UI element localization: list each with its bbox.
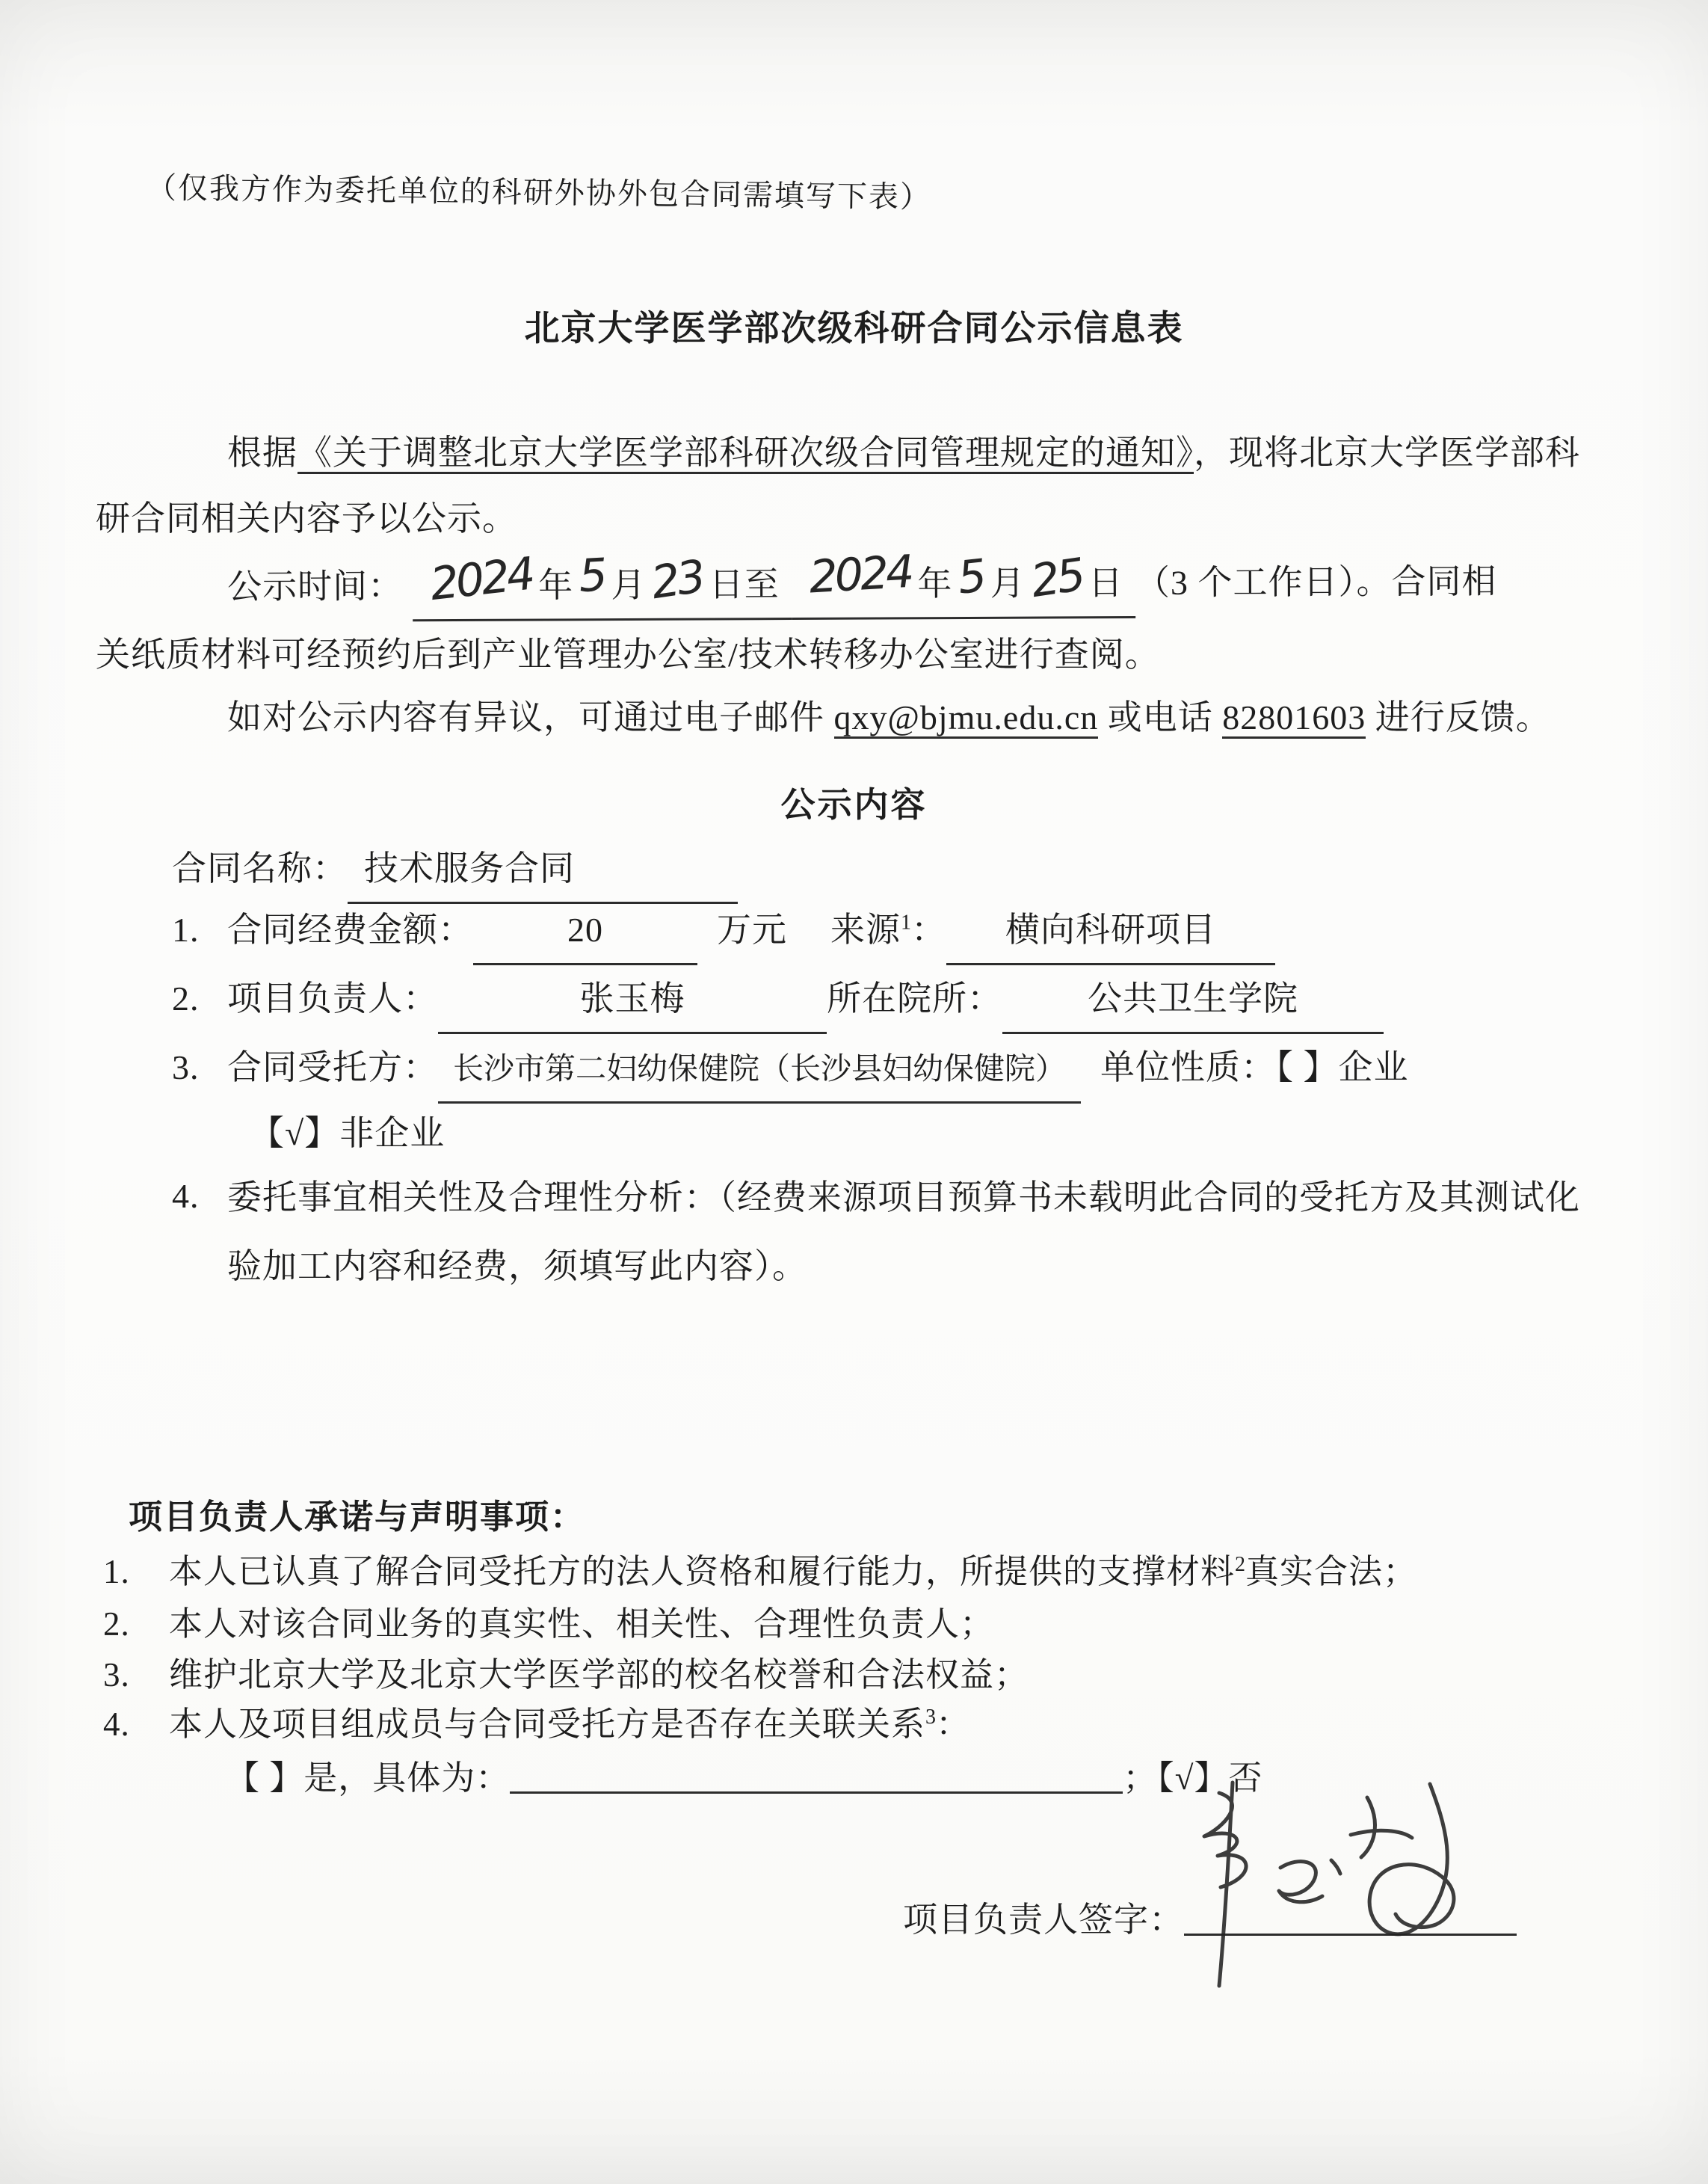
section-heading: 公示内容 [0,778,1708,827]
publicity-line2: 关纸质材料可经预约后到产业管理办公室/技术转移办公室进行查阅。 [96,622,1160,688]
publicity-time-label: 公示时间： [227,567,403,606]
intro-suffix-line2: 研合同相关内容予以公示。 [96,499,517,538]
start-year-unit: 年 [538,566,573,604]
pledge-4-footnote-sup: 3 [925,1705,936,1729]
intro-prefix: 根据 [227,434,297,472]
item-analysis: 4. 委托事宜相关性及合理性分析：（经费来源项目预算书未载明此合同的受托方及其测… [172,1163,1595,1301]
item-pi: 2.项目负责人：张玉梅所在院所：公共卫生学院 [172,966,1384,1034]
feedback-middle: 或电话 [1098,698,1222,736]
pledge-4-pre: 本人及项目组成员与合同受托方是否存在关联关系 [169,1705,925,1743]
nature-label: 单位性质： [1100,1048,1276,1086]
scanned-document-page: （仅我方作为委托单位的科研外协外包合同需填写下表） 北京大学医学部次级科研合同公… [0,0,1708,2184]
start-day-unit: 日至 [709,565,780,603]
non-enterprise-checkbox: 【√】 [250,1114,339,1152]
publicity-end-date-field: 2024年5月25日 [792,550,1136,620]
item-contract-amount: 1.合同经费金额：20万元来源1：横向科研项目 [172,897,1275,965]
pledge-4-post: ： [936,1705,970,1743]
signature-label: 项目负责人签字： [903,1901,1184,1939]
relation-detail-blank [510,1754,1123,1794]
feedback-email: qxy@bjmu.edu.cn [834,698,1099,739]
pledge-3-text: 维护北京大学及北京大学医学部的校名校誉和合法权益； [169,1656,1029,1694]
feedback-prefix: 如对公示内容有异议，可通过电子邮件 [227,698,834,736]
relation-yes-checkbox: 【 】 [226,1759,303,1797]
amount-unit: 万元 [717,911,787,949]
publicity-suffix: （3 个工作日）。合同相 [1135,562,1497,602]
relation-line: 【 】是，具体为：；【√】否 [226,1745,1263,1811]
non-enterprise-label: 非企业 [339,1114,445,1152]
handwritten-start-month: 5 [579,560,605,591]
pi-label: 项目负责人： [227,979,438,1018]
handwritten-start-day: 23 [650,562,705,598]
item-trustee: 3.合同受托方：长沙市第二妇幼保健院（长沙县妇幼保健院）单位性质：【 】企业 [172,1035,1409,1104]
item-number: 3. [172,1035,227,1101]
item-number: 2. [172,966,227,1032]
trustee-value: 长沙市第二妇幼保健院（长沙县妇幼保健院） [438,1036,1081,1104]
relation-yes-label: 是，具体为： [303,1759,510,1797]
dept-value: 公共卫生学院 [1002,966,1384,1034]
end-day-unit: 日 [1088,564,1123,602]
amount-label: 合同经费金额： [227,911,473,949]
pledge-1-footnote-sup: 2 [1235,1553,1245,1576]
relation-separator: ； [1123,1759,1157,1797]
non-enterprise-line: 【√】非企业 [250,1101,445,1166]
handwritten-start-year: 2024 [428,559,533,600]
pi-value: 张玉梅 [438,966,827,1034]
dept-label: 所在院所： [827,979,1002,1018]
source-footnote-sup: 1 [901,911,911,935]
pledge-number: 4. [103,1691,169,1757]
analysis-text: 委托事宜相关性及合理性分析：（经费来源项目预算书未载明此合同的受托方及其测试化验… [227,1163,1595,1301]
feedback-phone: 82801603 [1222,698,1366,739]
source-colon: ： [911,911,946,949]
publicity-start-date-field: 2024年5月23日至 [412,552,792,621]
page-title: 北京大学医学部次级科研合同公示信息表 [0,301,1708,351]
pledge-1-pre: 本人已认真了解合同受托方的法人资格和履行能力，所提供的支撑材料 [169,1553,1235,1590]
feedback-line: 如对公示内容有异议，可通过电子邮件 qxy@bjmu.edu.cn 或电话 82… [96,685,1551,751]
pledge-heading: 项目负责人承诺与声明事项： [129,1489,585,1538]
first-line-indent [96,598,227,599]
handwritten-end-year: 2024 [808,557,912,593]
item-number: 1. [172,897,227,963]
top-note: （仅我方作为委托单位的科研外协外包合同需填写下表） [147,164,932,217]
enterprise-checkbox: 【 】 [1276,1048,1339,1086]
trustee-label: 合同受托方： [227,1048,438,1086]
enterprise-label: 企业 [1339,1048,1409,1086]
source-value: 横向科研项目 [946,897,1275,965]
contract-name-line: 合同名称：技术服务合同 [172,836,738,904]
handwritten-end-day: 25 [1029,560,1084,597]
pledge-2-text: 本人对该合同业务的真实性、相关性、合理性负责人； [169,1605,994,1643]
intro-paragraph: 根据《关于调整北京大学医学部科研次级合同管理规定的通知》，现将北京大学医学部科 … [96,420,1580,552]
item-number: 4. [172,1163,227,1301]
contract-name-label: 合同名称： [172,849,348,888]
feedback-suffix: 进行反馈。 [1366,698,1551,736]
pi-signature-scrawl [1155,1772,1514,1996]
amount-value: 20 [473,897,697,965]
pledge-1-post: 真实合法； [1245,1553,1417,1590]
source-label: 来源 [830,911,901,949]
handwritten-end-month: 5 [957,561,985,593]
notice-link: 《关于调整北京大学医学部科研次级合同管理规定的通知》 [297,434,1194,474]
publicity-time-line: 公示时间： 2024年5月23日至2024年5月25日（3 个工作日）。合同相 [96,549,1497,623]
intro-suffix-line1: ，现将北京大学医学部科 [1194,434,1580,472]
end-month-unit: 月 [990,565,1026,603]
end-year-unit: 年 [917,565,952,603]
contract-name-value: 技术服务合同 [348,836,738,904]
start-month-unit: 月 [611,566,646,604]
